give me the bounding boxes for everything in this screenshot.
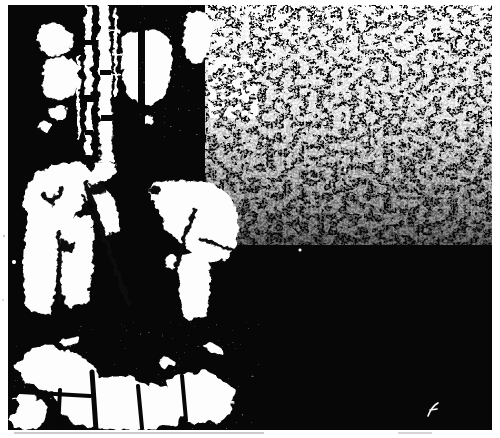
scanned-page [0,0,500,438]
right-gardener-face-shadow [150,187,161,196]
halftone-photo [0,0,500,438]
